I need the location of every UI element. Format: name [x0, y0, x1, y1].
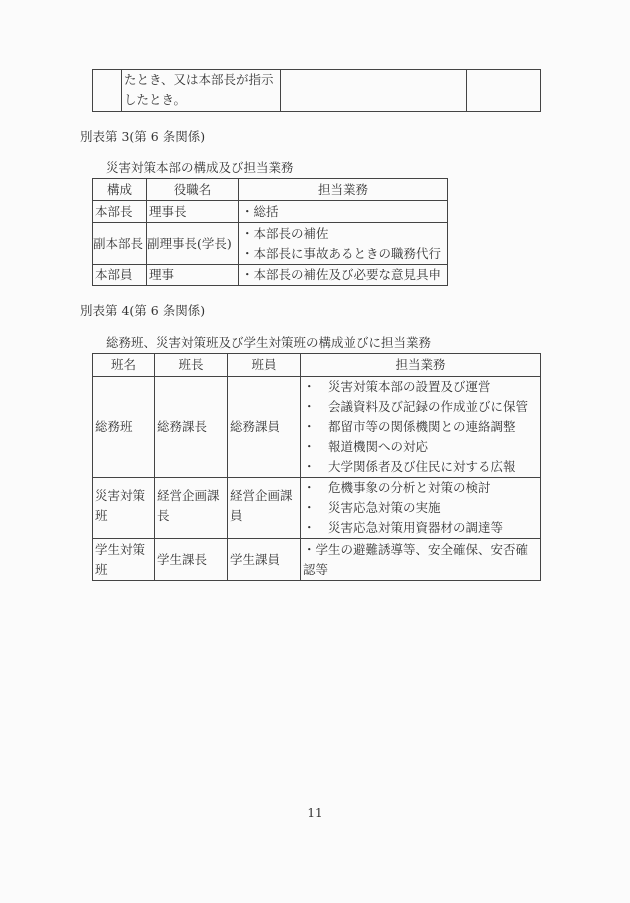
duty-item: ・ 災害応急対策の実施 — [303, 498, 538, 518]
duty-item: ・総括 — [241, 202, 445, 222]
members-cell: 総務課員 — [228, 377, 301, 478]
table-caption: 災害対策本部の構成及び担当業務 — [106, 158, 294, 176]
duty-item: ・ 会議資料及び記録の作成並びに保管 — [303, 397, 538, 417]
members-cell: 経営企画課員 — [228, 478, 301, 539]
team-cell: 学生対策班 — [93, 539, 155, 581]
duty-item: ・本部長の補佐及び必要な意見具申 — [241, 265, 445, 285]
leader-cell: 学生課長 — [155, 539, 228, 581]
role-cell: 本部員 — [93, 265, 147, 286]
table-row: 副本部長 副理事長(学長) ・本部長の補佐 ・本部長に事故あるときの職務代行 — [93, 223, 448, 265]
title-cell: 理事長 — [147, 201, 239, 223]
duties-cell: ・総括 — [239, 201, 448, 223]
duty-item: ・ 都留市等の関係機関との連絡調整 — [303, 417, 538, 437]
duty-item: ・ 災害応急対策用資器材の調達等 — [303, 518, 538, 538]
table-row: 本部長 理事長 ・総括 — [93, 201, 448, 223]
cell-line: したとき。 — [124, 90, 278, 110]
duty-list: ・ 災害対策本部の設置及び運営 ・ 会議資料及び記録の作成並びに保管 ・ 都留市… — [303, 377, 538, 477]
duty-item: ・ 災害対策本部の設置及び運営 — [303, 377, 538, 397]
leader-cell: 総務課長 — [155, 377, 228, 478]
column-header: 班長 — [155, 354, 228, 377]
team-cell: 災害対策班 — [93, 478, 155, 539]
table-header-row: 班名 班長 班員 担当業務 — [93, 354, 541, 377]
table-header-row: 構成 役職名 担当業務 — [93, 179, 448, 201]
table-cell — [93, 70, 122, 112]
section-heading: 別表第 4(第 6 条関係) — [80, 301, 205, 319]
duties-cell: ・ 災害対策本部の設置及び運営 ・ 会議資料及び記録の作成並びに保管 ・ 都留市… — [301, 377, 541, 478]
role-cell: 本部長 — [93, 201, 147, 223]
table-cell — [281, 70, 467, 112]
title-cell: 副理事長(学長) — [147, 223, 239, 265]
duties-cell: ・ 危機事象の分析と対策の検討 ・ 災害応急対策の実施 ・ 災害応急対策用資器材… — [301, 478, 541, 539]
table-cell: たとき、又は本部長が指示 したとき。 — [122, 70, 281, 112]
headquarters-table: 構成 役職名 担当業務 本部長 理事長 ・総括 副本部長 副理事長(学長) ・本… — [92, 178, 448, 286]
cell-line: たとき、又は本部長が指示 — [124, 70, 278, 90]
column-header: 構成 — [93, 179, 147, 201]
duty-item: ・ 大学関係者及び住民に対する広報 — [303, 457, 538, 477]
table-row: 学生対策班 学生課長 学生課員 ・学生の避難誘導等、安全確保、安否確認等 — [93, 539, 541, 581]
table-caption: 総務班、災害対策班及び学生対策班の構成並びに担当業務 — [106, 333, 431, 351]
duty-list: ・ 危機事象の分析と対策の検討 ・ 災害応急対策の実施 ・ 災害応急対策用資器材… — [303, 478, 538, 538]
members-cell: 学生課員 — [228, 539, 301, 581]
team-cell: 総務班 — [93, 377, 155, 478]
title-cell: 理事 — [147, 265, 239, 286]
teams-table: 班名 班長 班員 担当業務 総務班 総務課長 総務課員 ・ 災害対策本部の設置及… — [92, 353, 541, 581]
duties-cell: ・本部長の補佐 ・本部長に事故あるときの職務代行 — [239, 223, 448, 265]
duty-item: ・ 報道機関への対応 — [303, 437, 538, 457]
leader-cell: 経営企画課長 — [155, 478, 228, 539]
duty-item: ・本部長の補佐 — [241, 224, 445, 244]
role-cell: 副本部長 — [93, 223, 147, 265]
table-row: 本部員 理事 ・本部長の補佐及び必要な意見具申 — [93, 265, 448, 286]
duties-cell: ・学生の避難誘導等、安全確保、安否確認等 — [301, 539, 541, 581]
table-cell — [467, 70, 541, 112]
column-header: 担当業務 — [301, 354, 541, 377]
column-header: 担当業務 — [239, 179, 448, 201]
column-header: 班名 — [93, 354, 155, 377]
table-row: 災害対策班 経営企画課長 経営企画課員 ・ 危機事象の分析と対策の検討 ・ 災害… — [93, 478, 541, 539]
table-row: たとき、又は本部長が指示 したとき。 — [93, 70, 541, 112]
page-number: 11 — [0, 806, 630, 820]
duty-item: ・本部長に事故あるときの職務代行 — [241, 244, 445, 264]
duties-cell: ・本部長の補佐及び必要な意見具申 — [239, 265, 448, 286]
duty-item: ・ 危機事象の分析と対策の検討 — [303, 478, 538, 498]
column-header: 役職名 — [147, 179, 239, 201]
table-continued: たとき、又は本部長が指示 したとき。 — [92, 69, 541, 112]
table-row: 総務班 総務課長 総務課員 ・ 災害対策本部の設置及び運営 ・ 会議資料及び記録… — [93, 377, 541, 478]
duty-item: ・学生の避難誘導等、安全確保、安否確認等 — [303, 540, 538, 580]
column-header: 班員 — [228, 354, 301, 377]
section-heading: 別表第 3(第 6 条関係) — [80, 127, 205, 145]
